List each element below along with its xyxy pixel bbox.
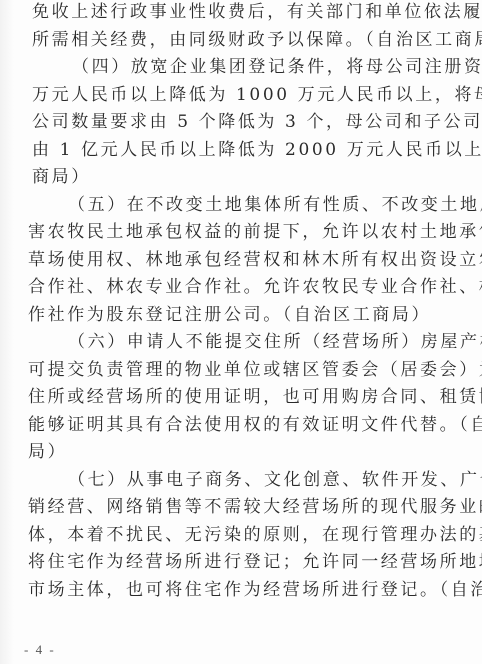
text-line: 体，本着不扰民、无污染的原则，在现行管理办法的基础上，可 (28, 522, 456, 550)
text-line: 商局） (32, 164, 456, 192)
paragraph-6-start: （六）申请人不能提交住所（经营场所）房屋产权证书的， (28, 329, 456, 357)
page-edge-shadow (0, 0, 14, 664)
text-line: 公司数量要求由 5 个降低为 3 个，母公司和子公司注册资本总和 (32, 109, 456, 137)
text-line: 局） (28, 439, 456, 467)
text-line: 合作社、林农专业合作社。允许农牧民专业合作社、林农专业合 (28, 274, 456, 302)
paragraph-5-start: （五）在不改变土地集体所有性质、不改变土地用途、不损 (28, 192, 456, 220)
text-line: 作社作为股东登记注册公司。（自治区工商局） (28, 302, 456, 330)
text-line: 市场主体，也可将住宅作为经营场所进行登记。（自治区工商局） (28, 577, 456, 605)
text-line: 住所或经营场所的使用证明，也可用购房合同、租赁协议等其他 (28, 384, 456, 412)
text-line: 能够证明其具有合法使用权的有效证明文件代替。（自治区工商 (28, 412, 456, 440)
page-number: - 4 - (24, 642, 56, 658)
text-line: 所需相关经费，由同级财政予以保障。（自治区工商局、财政厅） (32, 27, 456, 55)
text-line: 万元人民币以上降低为 1000 万元人民币以上，将母公司拥有子 (32, 82, 456, 110)
paragraph-4-start: （四）放宽企业集团登记条件，将母公司注册资本由 5000 (32, 54, 456, 82)
text-line: 可提交负责管理的物业单位或辖区管委会（居委会）为其出具的 (28, 357, 456, 385)
document-body: 免收上述行政事业性收费后，有关部门和单位依法履行管理职能 所需相关经费，由同级财… (32, 0, 456, 604)
text-line: 免收上述行政事业性收费后，有关部门和单位依法履行管理职能 (32, 0, 456, 27)
text-line: 将住宅作为经营场所进行登记；允许同一经营场所地址注册多个 (28, 549, 456, 577)
text-line: 销经营、网络销售等不需较大经营场所的现代服务业的市场主 (28, 494, 456, 522)
text-line: 害农牧民土地承包权益的前提下，允许以农村土地承包经营权、 (28, 219, 456, 247)
text-line: 草场使用权、林地承包经营权和林木所有权出资设立农牧民专业 (28, 247, 456, 275)
text-line: 由 1 亿元人民币以上降低为 2000 万元人民币以上。（自治区工 (32, 137, 456, 165)
paragraph-7-start: （七）从事电子商务、文化创意、软件开发、广告设计、直 (28, 467, 456, 495)
